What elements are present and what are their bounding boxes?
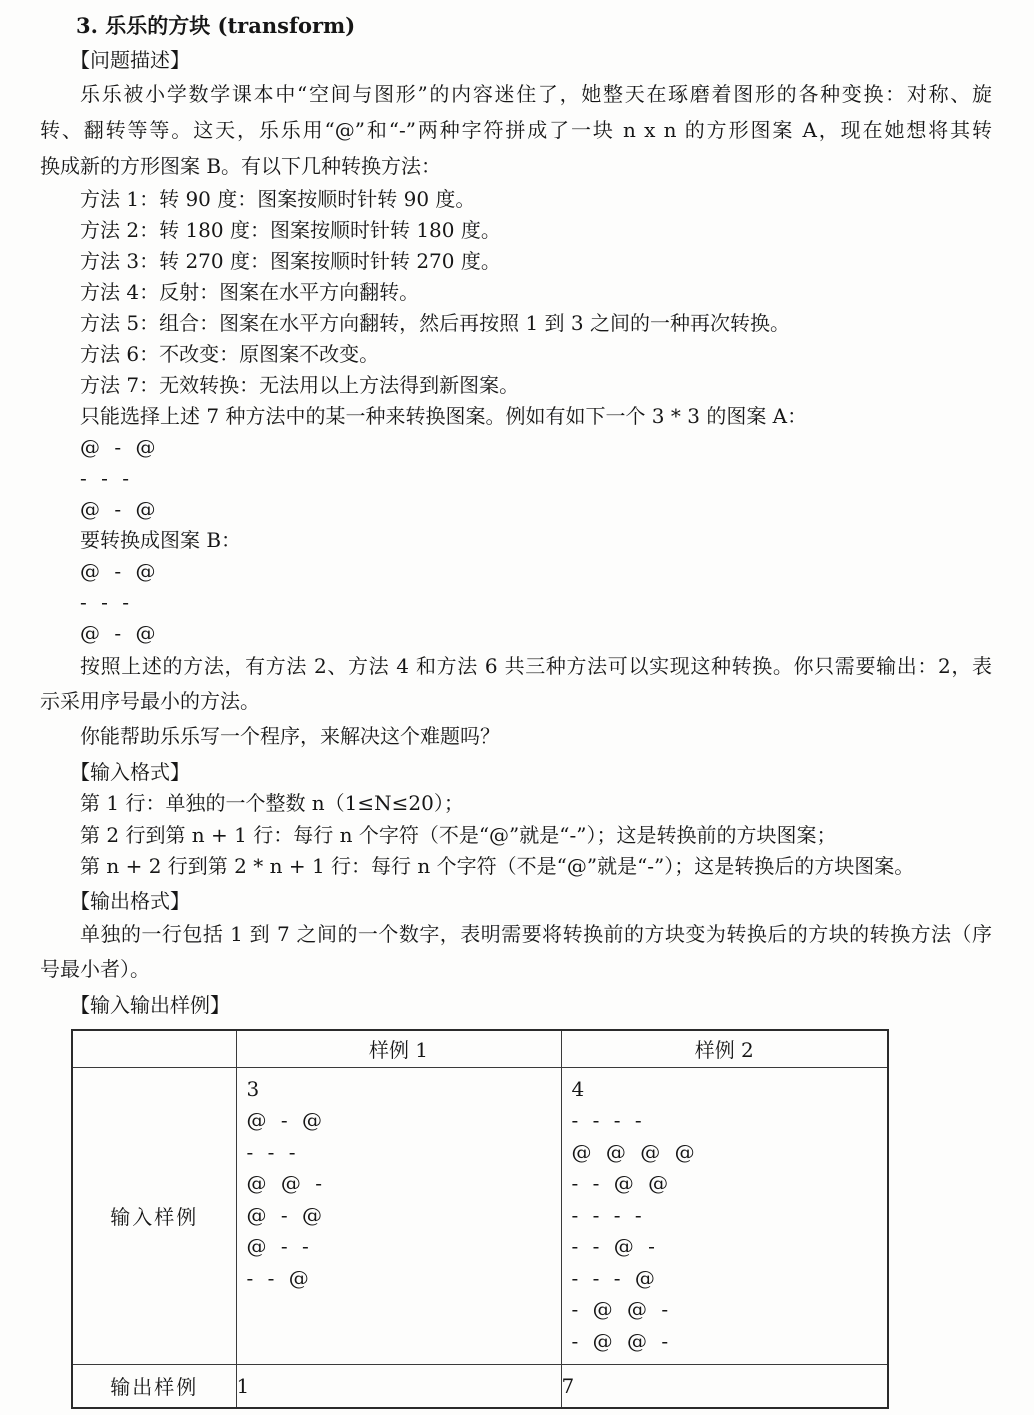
- example-intro: 只能选择上述 7 种方法中的某一种来转换图案。例如有如下一个 3 * 3 的图案…: [40, 401, 992, 432]
- sample2-input-line: - @ @ -: [572, 1326, 880, 1358]
- pattern-a-line: @ - @: [40, 494, 992, 525]
- pattern-b-line: @ - @: [40, 556, 992, 587]
- sample1-input-line: - - @: [247, 1263, 553, 1295]
- problem-title: 3. 乐乐的方块 (transform): [76, 10, 992, 42]
- sample1-input-line: @ - -: [247, 1231, 553, 1263]
- sample2-input-line: - - - @: [572, 1263, 880, 1295]
- method-line: 方法 6：不改变：原图案不改变。: [40, 339, 992, 370]
- method-line: 方法 5：组合：图案在水平方向翻转，然后再按照 1 到 3 之间的一种再次转换。: [40, 308, 992, 339]
- method-line: 方法 2：转 180 度：图案按顺时针转 180 度。: [40, 215, 992, 246]
- pattern-a-line: - - -: [40, 463, 992, 494]
- section-input-format: 【输入格式】: [70, 756, 992, 788]
- sample2-input-line: - - @ -: [572, 1231, 880, 1263]
- sample2-input-line: 4: [572, 1074, 880, 1106]
- intro-paragraph: 乐乐被小学数学课本中“空间与图形”的内容迷住了，她整天在琢磨着图形的各种变换：对…: [40, 76, 992, 184]
- intro-line: 转、翻转等等。这天，乐乐用“@”和“-”两种字符拼成了一块 n x n 的方形图…: [40, 112, 992, 148]
- intro-line: 换成新的方形图案 B。有以下几种转换方法：: [40, 148, 992, 184]
- sample1-header: 样例 1: [236, 1030, 561, 1068]
- sample1-output-value: 1: [236, 1364, 561, 1408]
- pattern-a: @ - @- - -@ - @: [40, 432, 992, 525]
- intro-line: 乐乐被小学数学课本中“空间与图形”的内容迷住了，她整天在琢磨着图形的各种变换：对…: [40, 76, 992, 112]
- sample2-input-line: - - - -: [572, 1200, 880, 1232]
- sample1-input-line: @ - @: [247, 1200, 553, 1232]
- corner-cell: [72, 1030, 236, 1068]
- output-sample-row: 输出样例 1 7: [72, 1364, 888, 1408]
- sample1-input-line: 3: [247, 1074, 553, 1106]
- input-sample-row: 输入样例 3@ - @- - -@ @ -@ - @@ - -- - @ 4- …: [72, 1067, 888, 1364]
- input-format-line: 第 n + 2 行到第 2 * n + 1 行：每行 n 个字符（不是“@”就是…: [40, 851, 992, 883]
- sample-io-table: 样例 1 样例 2 输入样例 3@ - @- - -@ @ -@ - @@ - …: [71, 1029, 889, 1409]
- pattern-b-label: 要转换成图案 B：: [40, 525, 992, 556]
- input-sample-label: 输入样例: [72, 1067, 236, 1364]
- output-sample-label: 输出样例: [72, 1364, 236, 1408]
- input-format-line: 第 1 行：单独的一个整数 n（1≤N≤20）；: [40, 788, 992, 820]
- sample2-header: 样例 2: [561, 1030, 888, 1068]
- method-line: 方法 3：转 270 度：图案按顺时针转 270 度。: [40, 246, 992, 277]
- output-format-line: 单独的一行包括 1 到 7 之间的一个数字，表明需要将转换前的方块变为转换后的方…: [40, 917, 992, 952]
- sample2-input-block: 4- - - -@ @ @ @- - @ @- - - -- - @ -- - …: [562, 1068, 888, 1358]
- sample2-input-line: - - @ @: [572, 1168, 880, 1200]
- question-line: 你能帮助乐乐写一个程序，来解决这个难题吗？: [40, 719, 992, 754]
- sample2-input-line: @ @ @ @: [572, 1137, 880, 1169]
- sample1-input-cell: 3@ - @- - -@ @ -@ - @@ - -- - @: [236, 1067, 561, 1364]
- pattern-b-line: - - -: [40, 587, 992, 618]
- pattern-b: @ - @- - -@ - @: [40, 556, 992, 649]
- output-format-paragraph: 单独的一行包括 1 到 7 之间的一个数字，表明需要将转换前的方块变为转换后的方…: [40, 917, 992, 987]
- sample1-input-line: - - -: [247, 1137, 553, 1169]
- sample1-input-line: @ - @: [247, 1105, 553, 1137]
- sample1-input-block: 3@ - @- - -@ @ -@ - @@ - -- - @: [237, 1068, 561, 1295]
- document-page: 3. 乐乐的方块 (transform) 【问题描述】 乐乐被小学数学课本中“空…: [0, 0, 1034, 1415]
- sample1-input-line: @ @ -: [247, 1168, 553, 1200]
- section-output-format: 【输出格式】: [70, 885, 992, 917]
- output-format-line: 号最小者）。: [40, 952, 992, 987]
- pattern-b-line: @ - @: [40, 618, 992, 649]
- method-line: 方法 1：转 90 度：图案按顺时针转 90 度。: [40, 184, 992, 215]
- pattern-a-line: @ - @: [40, 432, 992, 463]
- sample2-output-value: 7: [561, 1364, 888, 1408]
- input-format-lines: 第 1 行：单独的一个整数 n（1≤N≤20）；第 2 行到第 n + 1 行：…: [40, 788, 992, 883]
- table-header-row: 样例 1 样例 2: [72, 1030, 888, 1068]
- analysis-paragraph: 按照上述的方法，有方法 2、方法 4 和方法 6 共三种方法可以实现这种转换。你…: [40, 649, 992, 719]
- sample2-input-cell: 4- - - -@ @ @ @- - @ @- - - -- - @ -- - …: [561, 1067, 888, 1364]
- method-line: 方法 4：反射：图案在水平方向翻转。: [40, 277, 992, 308]
- input-format-line: 第 2 行到第 n + 1 行：每行 n 个字符（不是“@”就是“-”）；这是转…: [40, 820, 992, 852]
- section-samples: 【输入输出样例】: [70, 989, 992, 1021]
- method-line: 方法 7：无效转换：无法用以上方法得到新图案。: [40, 370, 992, 401]
- analysis-line: 按照上述的方法，有方法 2、方法 4 和方法 6 共三种方法可以实现这种转换。你…: [40, 649, 992, 684]
- section-problem-description: 【问题描述】: [70, 44, 992, 76]
- sample2-input-line: - @ @ -: [572, 1294, 880, 1326]
- analysis-line: 示采用序号最小的方法。: [40, 684, 992, 719]
- sample2-input-line: - - - -: [572, 1105, 880, 1137]
- methods-list: 方法 1：转 90 度：图案按顺时针转 90 度。方法 2：转 180 度：图案…: [40, 184, 992, 401]
